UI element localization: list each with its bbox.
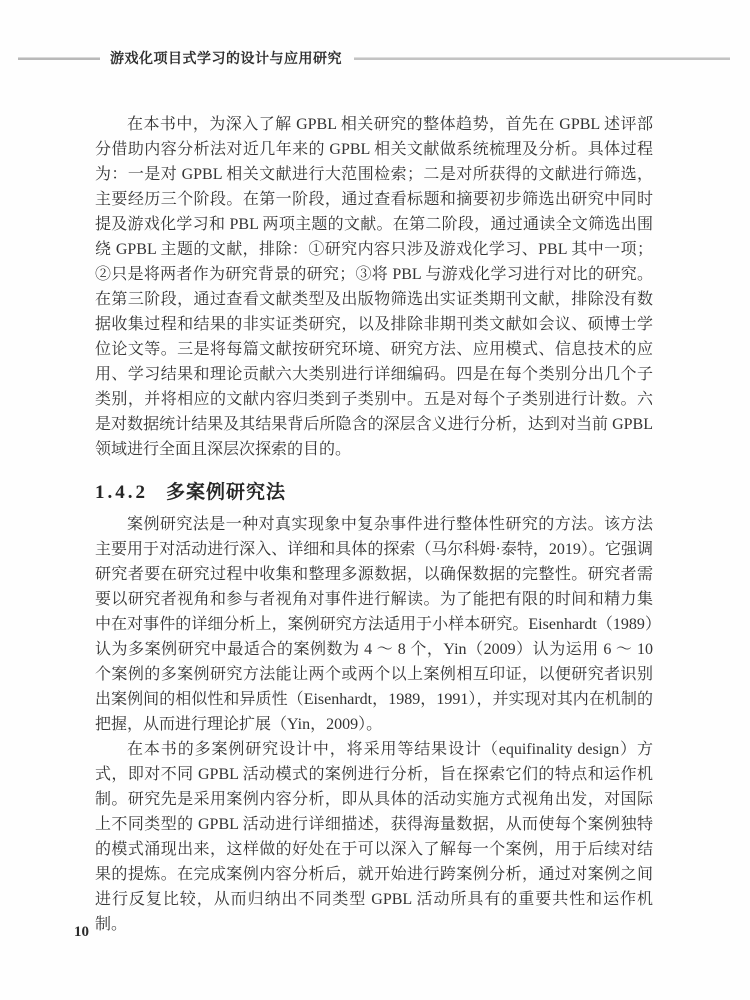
- book-page: 游戏化项目式学习的设计与应用研究 在本书中，为深入了解 GPBL 相关研究的整体…: [0, 0, 750, 1000]
- body-text-block-2: 案例研究法是一种对真实现象中复杂事件进行整体性研究的方法。该方法主要用于对活动进…: [95, 512, 653, 937]
- header-rule-right: [354, 57, 730, 60]
- section-heading-number: 1.4.2: [95, 482, 148, 503]
- body-paragraph-3: 在本书的多案例研究设计中，将采用等结果设计（equifinality desig…: [95, 737, 653, 937]
- running-header-title: 游戏化项目式学习的设计与应用研究: [110, 48, 342, 68]
- header-rule-left: [18, 57, 100, 60]
- body-paragraph-1: 在本书中，为深入了解 GPBL 相关研究的整体趋势，首先在 GPBL 述评部分借…: [95, 112, 653, 462]
- body-text-block-1: 在本书中，为深入了解 GPBL 相关研究的整体趋势，首先在 GPBL 述评部分借…: [95, 112, 653, 462]
- section-heading: 1.4.2多案例研究法: [95, 477, 286, 504]
- page-number: 10: [74, 924, 89, 941]
- body-paragraph-2: 案例研究法是一种对真实现象中复杂事件进行整体性研究的方法。该方法主要用于对活动进…: [95, 512, 653, 737]
- section-heading-title: 多案例研究法: [166, 482, 286, 503]
- running-header: 游戏化项目式学习的设计与应用研究: [18, 50, 730, 66]
